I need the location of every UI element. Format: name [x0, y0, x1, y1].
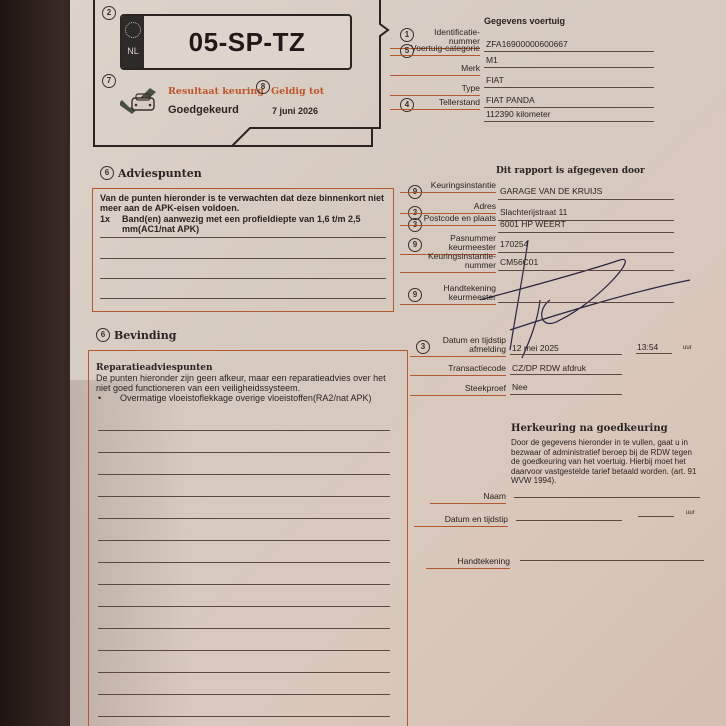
re-inspection-text: Door de gegevens hieronder in te vullen,…	[511, 438, 701, 486]
date-label: Datum en tijdstip afmelding	[430, 336, 506, 354]
transaction-label: Transactiecode	[430, 364, 506, 373]
issued-field-line	[498, 270, 674, 271]
plate-number: 05-SP-TZ	[144, 16, 350, 68]
country-code: NL	[122, 46, 144, 56]
vehicle-field-line	[484, 51, 654, 52]
issued-field-label: Handtekening keurmeester	[420, 284, 496, 302]
findings-rule	[98, 496, 390, 497]
findings-rule	[98, 628, 390, 629]
vehicle-field-value: FIAT PANDA	[486, 95, 535, 105]
license-plate: NL 05-SP-TZ	[120, 14, 352, 70]
findings-box	[88, 350, 408, 726]
findings-rule	[98, 474, 390, 475]
issued-field-label: Keuringsinstantie-nummer	[420, 252, 496, 270]
re-inspection-title: Herkeuring na goedkeuring	[511, 423, 668, 434]
issued-field-label: Pasnummer keurmeester	[420, 234, 496, 252]
eu-flag-strip: NL	[122, 16, 144, 68]
marker-6-advice: 6	[100, 166, 114, 180]
advice-title: Adviespunten	[118, 167, 202, 180]
findings-rule	[98, 430, 390, 431]
eu-stars-icon	[125, 22, 141, 38]
findings-rule	[98, 694, 390, 695]
vehicle-field-value: ZFA16900000600667	[486, 39, 568, 49]
issued-field-label: Adres	[420, 202, 496, 211]
issued-field-label: Keuringsinstantie	[420, 181, 496, 190]
marker-8: 8	[256, 80, 270, 94]
issued-field-line	[498, 252, 674, 253]
issued-field-line	[498, 302, 674, 303]
vehicle-field-label: Voertuig-categorie	[410, 44, 480, 53]
findings-item-text: Overmatige vloeistoflekkage overige vloe…	[120, 393, 390, 403]
issued-field-value: GARAGE VAN DE KRUIJS	[500, 186, 602, 196]
vehicle-field-label: Merk	[410, 64, 480, 73]
result-label: Resultaat keuring	[168, 86, 264, 97]
re-signature-label[interactable]: Handtekening	[446, 557, 510, 566]
time-value: 13:54	[637, 342, 658, 352]
findings-rule	[98, 518, 390, 519]
findings-rule	[98, 584, 390, 585]
approved-car-check-icon	[120, 86, 160, 114]
vehicle-field-line	[484, 121, 654, 122]
findings-rule	[98, 672, 390, 673]
issued-field-value: Slachterijstraat 11	[500, 207, 567, 217]
date-value: 12 mei 2025	[512, 343, 559, 353]
sample-value: Nee	[512, 382, 528, 392]
vehicle-field-label: Tellerstand	[410, 98, 480, 107]
findings-rule	[98, 716, 390, 717]
marker-7: 7	[102, 74, 116, 88]
valid-until-value: 7 juni 2026	[272, 106, 318, 116]
vehicle-field-value: M1	[486, 55, 498, 65]
vehicle-field-label: Type	[410, 84, 480, 93]
re-name-label[interactable]: Naam	[450, 492, 506, 501]
findings-intro: De punten hieronder zijn geen afkeur, ma…	[96, 373, 396, 393]
marker-2: 2	[102, 6, 116, 20]
transaction-value: CZ/DP RDW afdruk	[512, 363, 586, 373]
vehicle-field-value: FIAT	[486, 75, 504, 85]
vehicle-field-line	[484, 67, 654, 68]
marker-6-findings: 6	[96, 328, 110, 342]
findings-subtitle: Reparatieadviespunten	[96, 363, 213, 373]
issued-by-title: Dit rapport is afgegeven door	[496, 166, 645, 176]
advice-item-text: Band(en) aanwezig met een profieldiepte …	[122, 214, 387, 234]
advice-item-qty: 1x	[100, 214, 110, 224]
findings-rule	[98, 562, 390, 563]
findings-title: Bevinding	[114, 329, 176, 342]
issued-field-value: 6001 HP WEERT	[500, 219, 566, 229]
vehicle-data-title: Gegevens voertuig	[484, 16, 565, 26]
issued-field-value: 170254	[500, 239, 528, 249]
vehicle-field-line	[484, 107, 654, 108]
issued-field-value: CM56C01	[500, 257, 538, 267]
issued-field-label: Postcode en plaats	[420, 214, 496, 223]
vehicle-field-value: 112390 kilometer	[486, 109, 551, 119]
issued-field-line	[498, 199, 674, 200]
marker-3-date: 3	[416, 340, 430, 354]
findings-rule	[98, 540, 390, 541]
time-unit: uur	[683, 345, 692, 351]
vehicle-field-line	[484, 87, 654, 88]
findings-rule	[98, 606, 390, 607]
issued-field-line	[498, 232, 674, 233]
result-value: Goedgekeurd	[168, 104, 239, 116]
findings-rule	[98, 650, 390, 651]
advice-intro: Van de punten hieronder is te verwachten…	[100, 193, 390, 213]
findings-rule	[98, 452, 390, 453]
valid-until-label: Geldig tot	[271, 86, 324, 97]
findings-bullet: •	[98, 393, 101, 403]
sample-label: Steekproef	[430, 384, 506, 393]
re-datetime-label[interactable]: Datum en tijdstip	[434, 515, 508, 524]
re-time-unit: uur	[686, 510, 695, 516]
